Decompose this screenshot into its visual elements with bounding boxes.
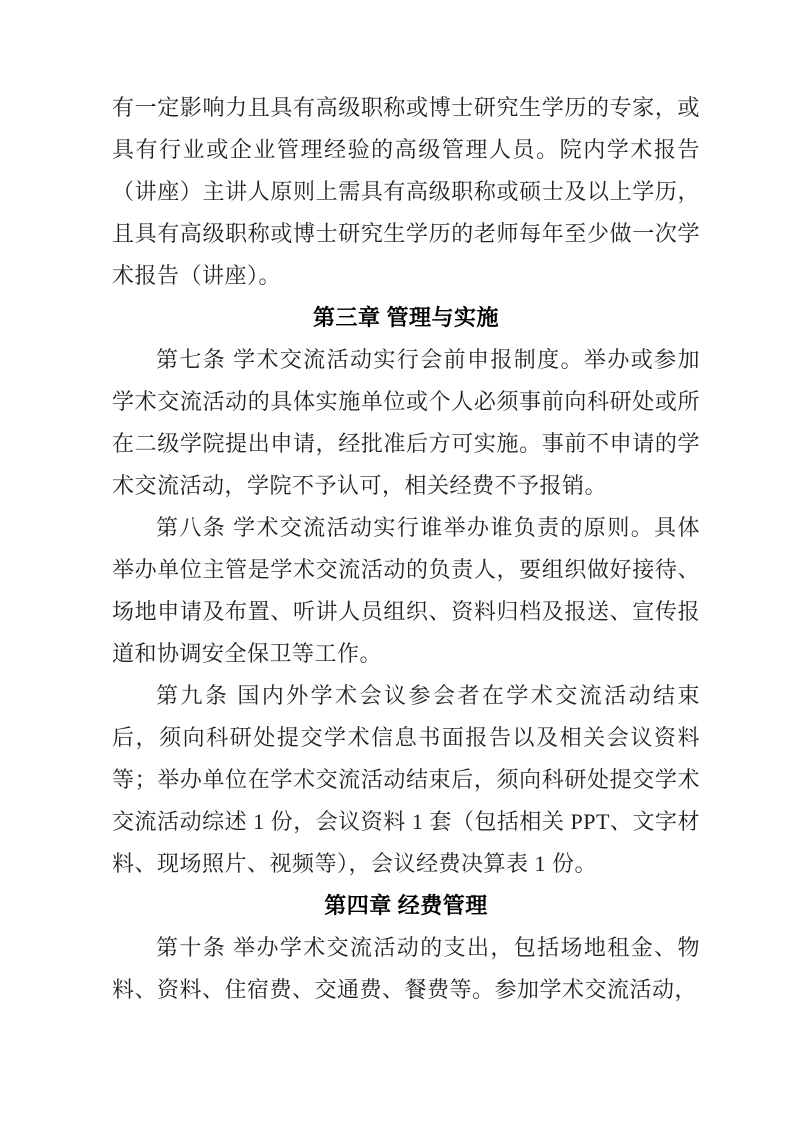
chapter-3-heading: 第三章 管理与实施 — [112, 297, 700, 339]
continuation-paragraph: 有一定影响力且具有高级职称或博士研究生学历的专家，或具有行业或企业管理经验的高级… — [112, 87, 700, 297]
chapter-4-heading: 第四章 经费管理 — [112, 885, 700, 927]
document-page: 有一定影响力且具有高级职称或博士研究生学历的专家，或具有行业或企业管理经验的高级… — [0, 0, 793, 1122]
article-7-paragraph: 第七条 学术交流活动实行会前申报制度。举办或参加学术交流活动的具体实施单位或个人… — [112, 339, 700, 507]
article-9-paragraph: 第九条 国内外学术会议参会者在学术交流活动结束后，须向科研处提交学术信息书面报告… — [112, 675, 700, 885]
article-10-paragraph: 第十条 举办学术交流活动的支出，包括场地租金、物料、资料、住宿费、交通费、餐费等… — [112, 927, 700, 1011]
document-text-column: 有一定影响力且具有高级职称或博士研究生学历的专家，或具有行业或企业管理经验的高级… — [112, 87, 700, 1011]
article-8-paragraph: 第八条 学术交流活动实行谁举办谁负责的原则。具体举办单位主管是学术交流活动的负责… — [112, 507, 700, 675]
